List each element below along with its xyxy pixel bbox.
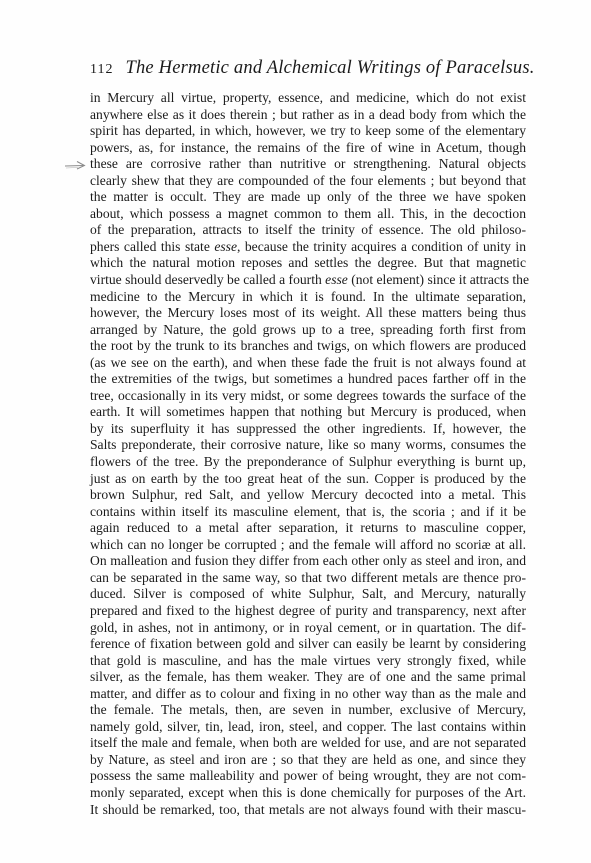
text-line: by Nature, as steel and iron are ; so th… bbox=[90, 752, 526, 769]
text-line: matter, and differ as to colour and fixi… bbox=[90, 686, 526, 703]
body-text: in Mercury all virtue, property, essence… bbox=[90, 90, 526, 818]
text-line: duced. Silver is composed of white Sulph… bbox=[90, 586, 526, 603]
text-line: powers, as, for instance, the remains of… bbox=[90, 140, 526, 157]
running-title: The Hermetic and Alchemical Writings of … bbox=[125, 58, 534, 78]
hand-drawn-arrow-icon bbox=[64, 159, 86, 171]
text-line: arranged by Nature, the gold grows up to… bbox=[90, 322, 526, 339]
text-line: the root by the trunk to its branches an… bbox=[90, 338, 526, 355]
text-line: which can no longer be corrupted ; and t… bbox=[90, 537, 526, 554]
text-line: these are corrosive rather than nutritiv… bbox=[90, 156, 526, 173]
text-line: silver, as the female, has them weaker. … bbox=[90, 669, 526, 686]
text-line: can be separated in the same way, so tha… bbox=[90, 570, 526, 587]
text-line: anywhere else as it does therein ; but r… bbox=[90, 107, 526, 124]
text-line: brown Sulphur, red Salt, and yellow Merc… bbox=[90, 487, 526, 504]
running-head: 112 The Hermetic and Alchemical Writings… bbox=[90, 58, 530, 82]
text-line: which the natural motion reposes and set… bbox=[90, 255, 526, 272]
text-line: On malleation and fusion they differ fro… bbox=[90, 553, 526, 570]
text-line: (as we see on the earth), and when these… bbox=[90, 355, 526, 372]
text-line: the female. The metals, then, are seven … bbox=[90, 702, 526, 719]
page-number: 112 bbox=[90, 62, 113, 77]
text-line: spirit has departed, in which, however, … bbox=[90, 123, 526, 140]
text-line: Salts preponderate, their corrosive natu… bbox=[90, 437, 526, 454]
text-line: earth. It will sometimes happen that not… bbox=[90, 404, 526, 421]
text-line: however, the Mercury loses most of its w… bbox=[90, 305, 526, 322]
text-line: tree, occasionally in its very midst, or… bbox=[90, 388, 526, 405]
text-line: of the preparation, attracts to itself t… bbox=[90, 222, 526, 239]
text-line: clearly shew that they are compounded of… bbox=[90, 173, 526, 190]
text-line: phers called this state esse, because th… bbox=[90, 239, 526, 256]
text-line: the extremities of the twigs, but someti… bbox=[90, 371, 526, 388]
text-line: virtue should deservedly be called a fou… bbox=[90, 272, 526, 289]
text-line: possess the same malleability and power … bbox=[90, 768, 526, 785]
text-line: prepared and fixed to the highest degree… bbox=[90, 603, 526, 620]
text-line: medicine to the Mercury in which it is f… bbox=[90, 289, 526, 306]
text-line: again reduced to a metal after separatio… bbox=[90, 520, 526, 537]
text-line: contains within itself its masculine ele… bbox=[90, 504, 526, 521]
text-line: itself the male and female, when both ar… bbox=[90, 735, 526, 752]
text-line: that gold is masculine, and has the male… bbox=[90, 653, 526, 670]
text-line: gold, in ashes, not in antimony, or in r… bbox=[90, 620, 526, 637]
text-line: monly separated, except when this is don… bbox=[90, 785, 526, 802]
text-line: flowers of the tree. By the preponderanc… bbox=[90, 454, 526, 471]
italic-term: esse bbox=[214, 239, 237, 254]
text-line: about, which possess a magnet common to … bbox=[90, 206, 526, 223]
text-line: by its superfluity it has suppressed the… bbox=[90, 421, 526, 438]
text-line: namely gold, silver, tin, lead, iron, st… bbox=[90, 719, 526, 736]
text-line: ference of fixation between gold and sil… bbox=[90, 636, 526, 653]
italic-term: esse bbox=[325, 272, 348, 287]
text-line: in Mercury all virtue, property, essence… bbox=[90, 90, 526, 107]
text-line: just as on earth by the too great heat o… bbox=[90, 471, 526, 488]
text-line: the matter is occult. They are made up o… bbox=[90, 189, 526, 206]
text-line: It should be remarked, too, that metals … bbox=[90, 802, 526, 819]
book-page: 112 The Hermetic and Alchemical Writings… bbox=[0, 0, 591, 863]
